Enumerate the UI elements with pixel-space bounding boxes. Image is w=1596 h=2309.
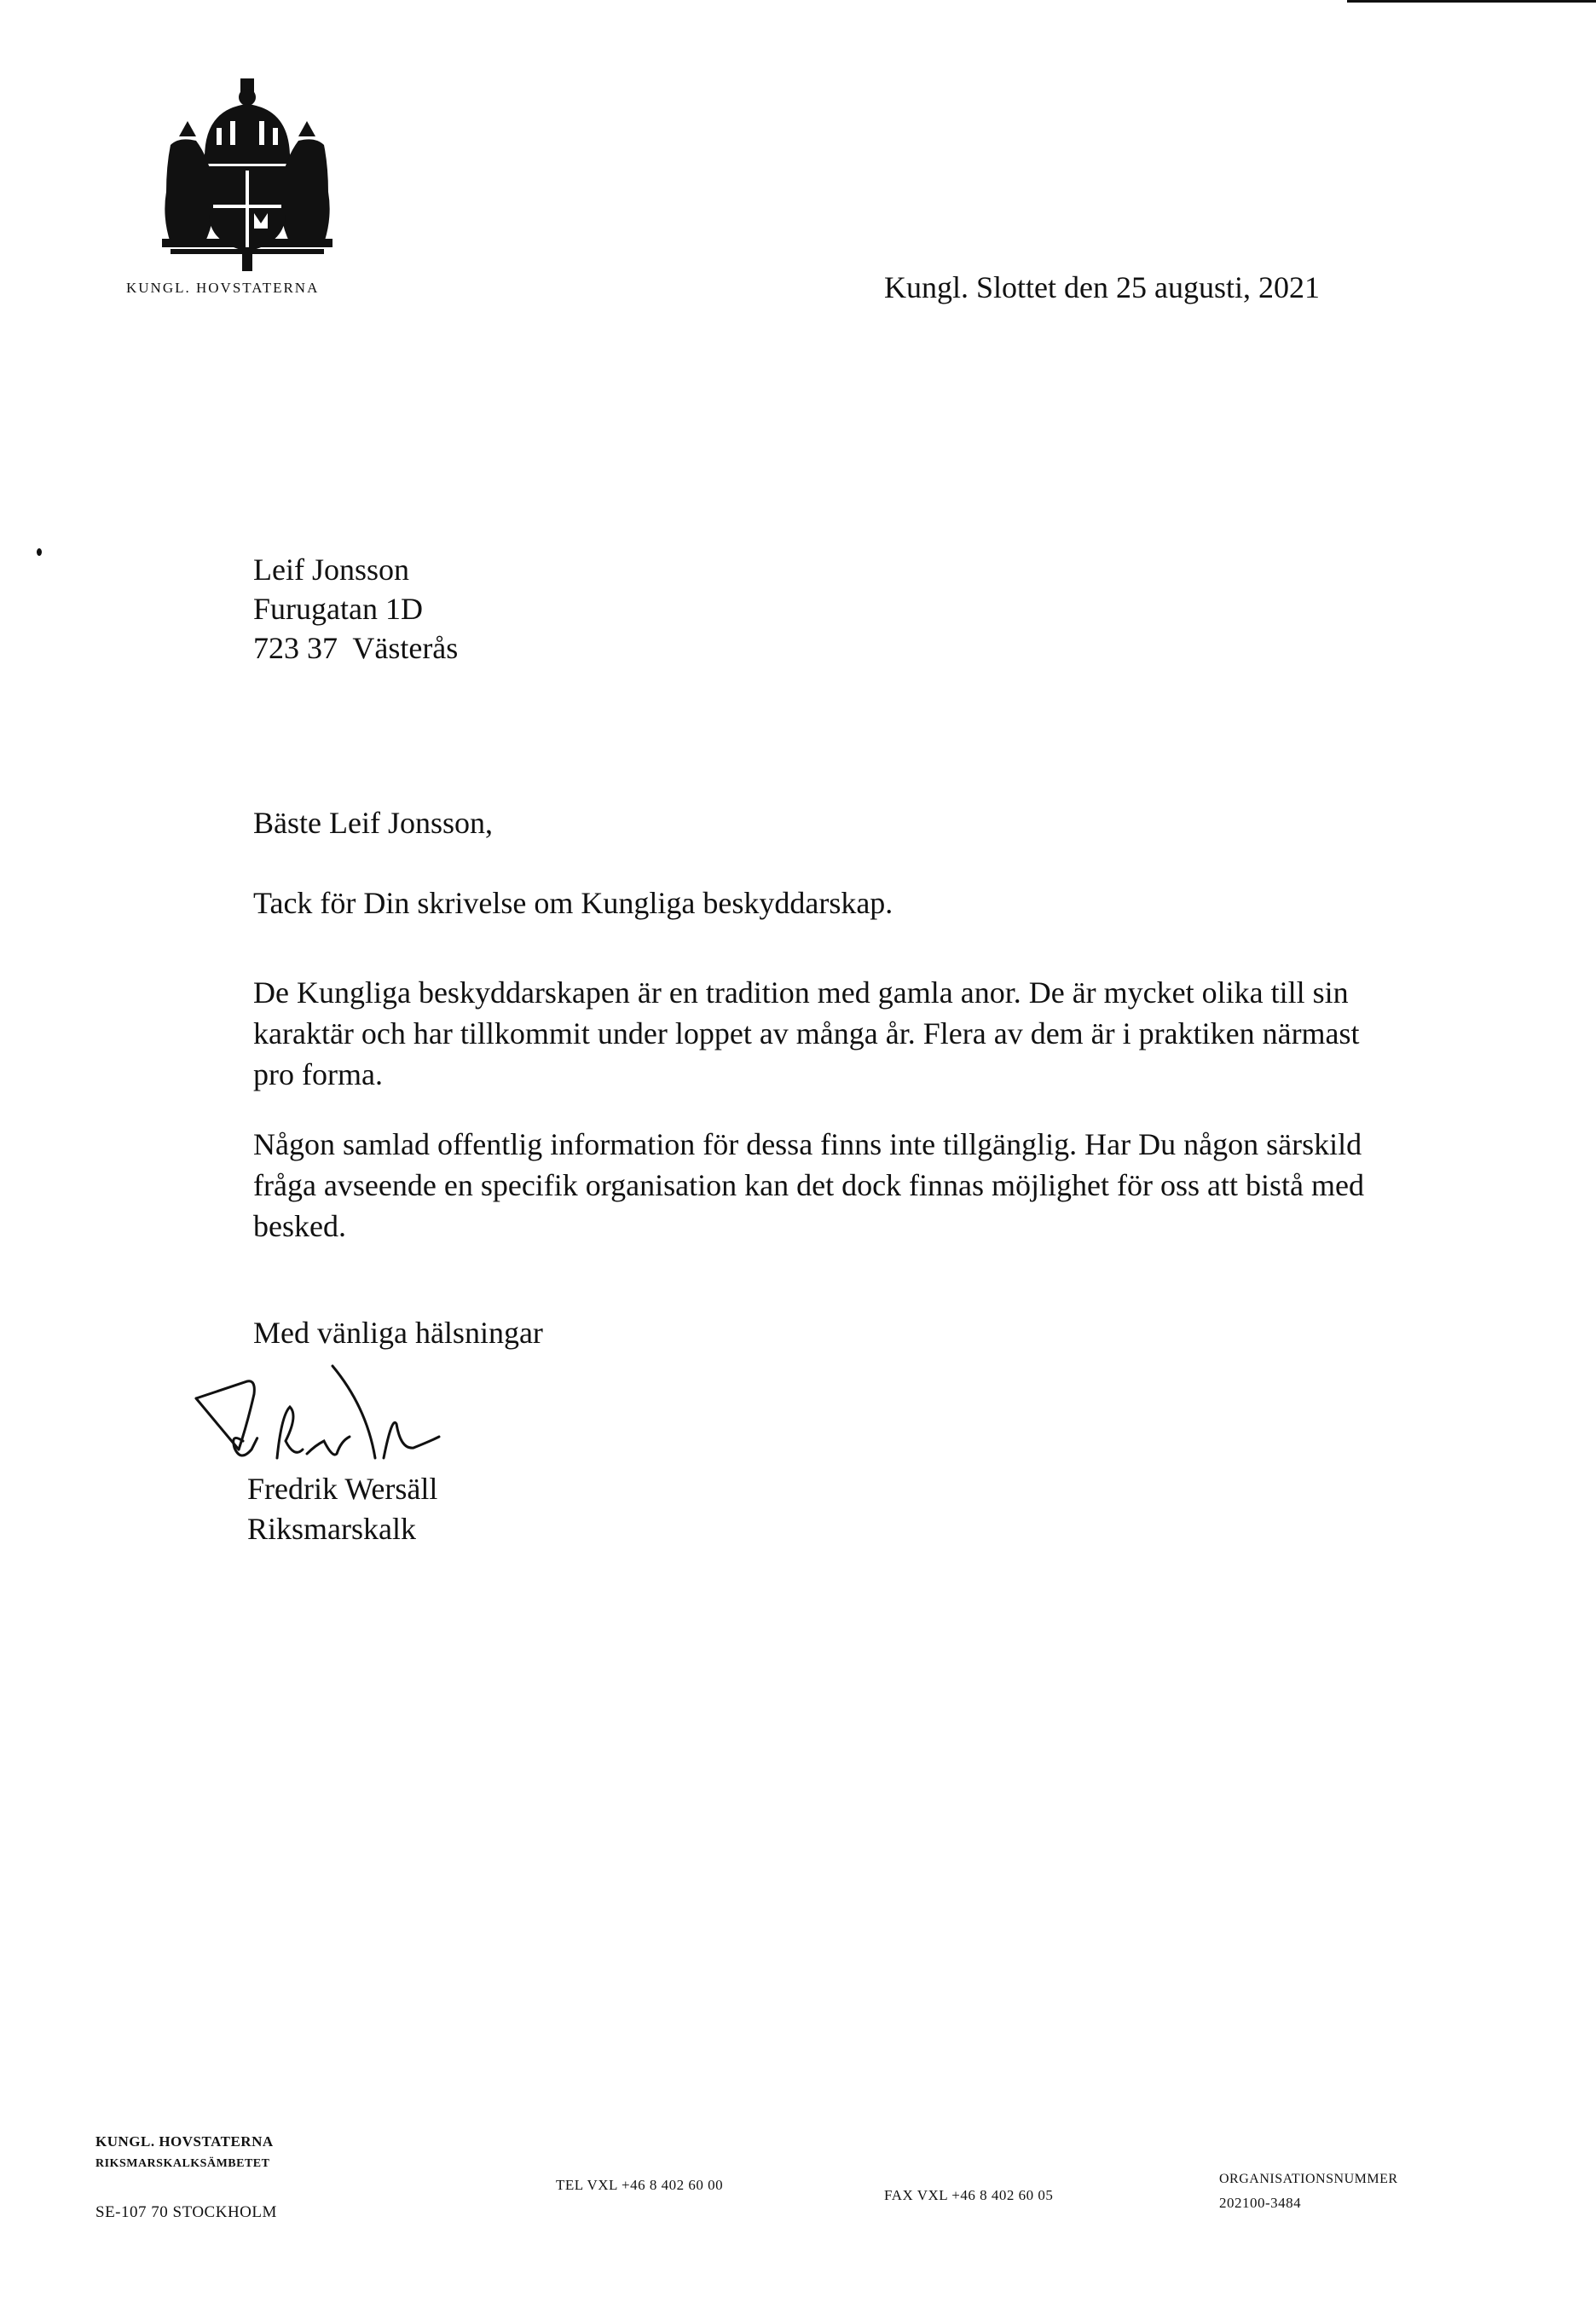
recipient-address: Leif Jonsson Furugatan 1D 723 37 Västerå… [253, 550, 458, 668]
date-line: Kungl. Slottet den 25 augusti, 2021 [884, 269, 1320, 305]
footer-organization: Kungl. Hovstaterna [95, 2133, 274, 2150]
signer-title: Riksmarskalk [247, 1511, 416, 1547]
royal-coat-of-arms-icon [145, 77, 350, 273]
letterhead-organization: Kungl. Hovstaterna [126, 280, 319, 297]
footer-postal-address: SE-107 70 STOCKHOLM [95, 2203, 277, 2222]
paragraph-information: Någon samlad offentlig information för d… [253, 1124, 1379, 1247]
greeting: Bäste Leif Jonsson, [253, 805, 493, 841]
footer-org-number: 202100-3484 [1219, 2195, 1301, 2212]
recipient-street: Furugatan 1D [253, 589, 458, 628]
paragraph-tradition: De Kungliga beskyddarskapen är en tradit… [253, 972, 1379, 1095]
handwritten-signature [188, 1347, 529, 1475]
closing: Med vänliga hälsningar [253, 1315, 543, 1351]
paragraph-thanks: Tack för Din skrivelse om Kungliga besky… [253, 883, 1379, 923]
footer-telephone: Tel Vxl +46 8 402 60 00 [556, 2177, 723, 2194]
recipient-name: Leif Jonsson [253, 550, 458, 589]
signer-name: Fredrik Wersäll [247, 1471, 437, 1507]
recipient-postal: 723 37 Västerås [253, 628, 458, 668]
footer-org-number-label: Organisationsnummer [1219, 2172, 1398, 2187]
scan-speck [37, 548, 42, 556]
footer-department: Riksmarskalksämbetet [95, 2157, 269, 2171]
scan-edge-line [1347, 0, 1596, 3]
footer-fax: Fax Vxl +46 8 402 60 05 [884, 2187, 1053, 2204]
